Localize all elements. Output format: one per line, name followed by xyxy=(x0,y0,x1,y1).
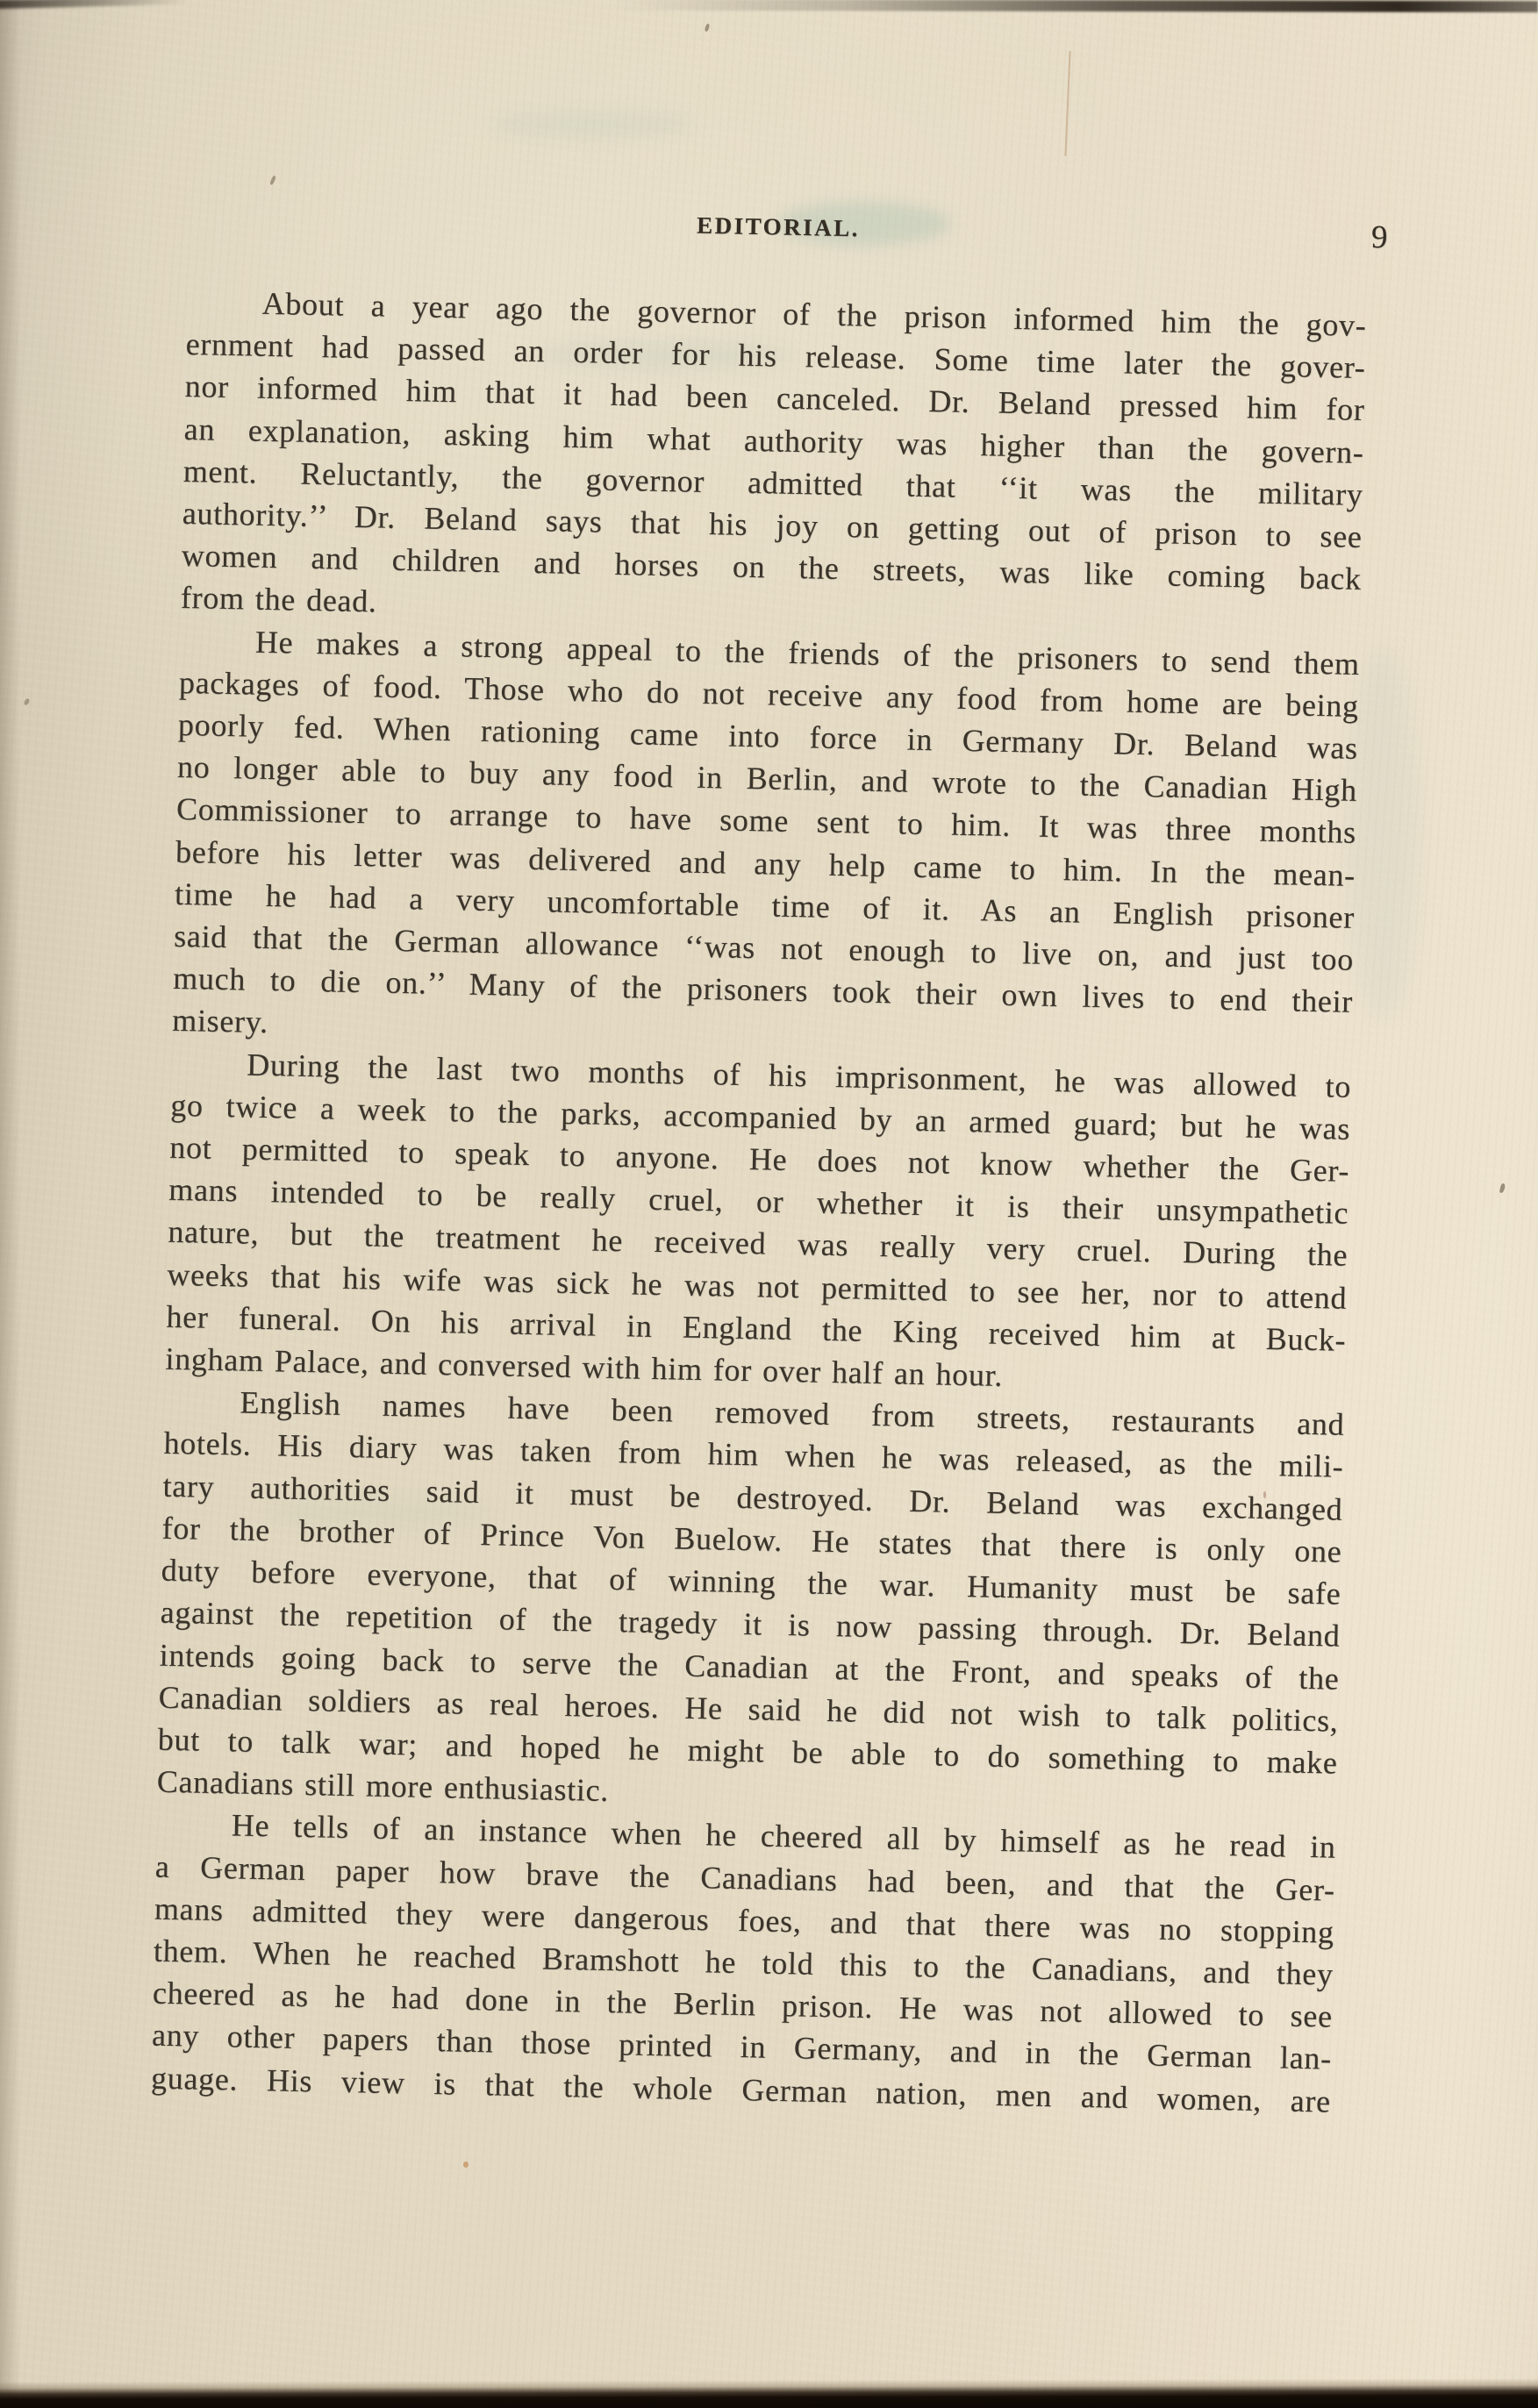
scan-edge-top-right xyxy=(614,0,1538,12)
running-title: EDITORIAL. xyxy=(188,202,1368,253)
foxing-speck xyxy=(463,2161,469,2168)
page-content: EDITORIAL. 9 About a year ago the govern… xyxy=(151,202,1369,2122)
paragraph: English names have been removed from str… xyxy=(156,1380,1344,1826)
paragraph: He makes a strong appeal to the friends … xyxy=(172,619,1360,1066)
bleedthrough-smudge xyxy=(491,111,693,139)
scan-edge-bottom xyxy=(0,2378,1538,2408)
paragraph: He tells of an instance when he cheered … xyxy=(151,1803,1337,2122)
ink-speck xyxy=(705,24,711,32)
scanned-book-page: EDITORIAL. 9 About a year ago the govern… xyxy=(0,0,1538,2408)
paragraph: During the last two months of his impris… xyxy=(165,1041,1351,1404)
ink-speck xyxy=(23,697,30,705)
page-body: About a year ago the governor of the pri… xyxy=(151,281,1367,2122)
scan-edge-left xyxy=(0,0,23,2408)
paragraph: About a year ago the governor of the pri… xyxy=(180,281,1366,643)
page-header: EDITORIAL. 9 xyxy=(188,202,1368,255)
ink-speck xyxy=(269,175,276,186)
paper-fiber xyxy=(1064,51,1070,156)
page-number: 9 xyxy=(1371,218,1388,256)
ink-speck xyxy=(1499,1183,1506,1194)
scan-edge-top-left xyxy=(0,0,221,9)
